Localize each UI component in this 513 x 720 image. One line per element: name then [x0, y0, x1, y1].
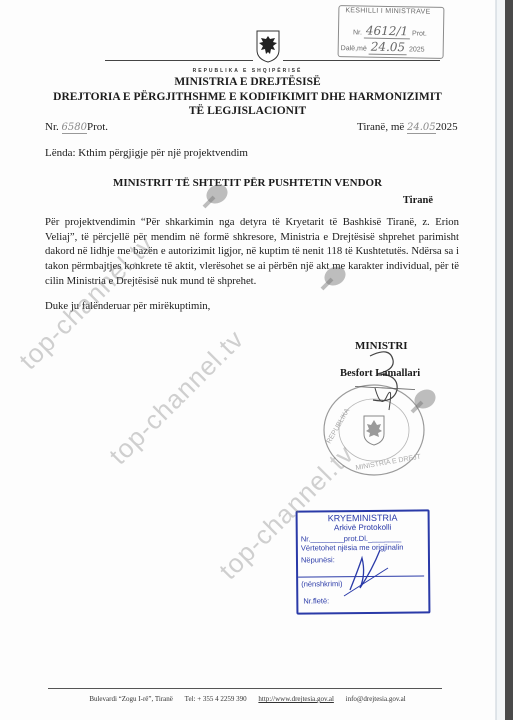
footer-phone: Tel: + 355 4 2259 390 [185, 695, 247, 703]
document-date: Tiranë, më 24.052025 [357, 121, 458, 133]
archive-signature-icon [340, 540, 400, 600]
signatory-name: Besfort Lamallari [340, 368, 420, 379]
footer-divider [48, 688, 442, 689]
archive-stamp-line7: Nr.fletë: [303, 596, 329, 605]
registry-date-value: 24.05 [369, 40, 408, 56]
protocol-nr-label: Nr. [45, 121, 59, 133]
registry-nr-label: Nr. [353, 29, 362, 36]
watermark-logo-icon [200, 183, 230, 209]
footer-website-link[interactable]: http://www.drejtesia.gov.al [258, 695, 334, 703]
footer: Bulevardi “Zogu I-rë”, Tiranë Tel: + 355… [0, 695, 495, 703]
date-prefix: Tiranë, më [357, 121, 404, 133]
footer-email[interactable]: info@drejtesia.gov.al [346, 695, 406, 703]
footer-address: Bulevardi “Zogu I-rë”, Tiranë [89, 695, 173, 703]
registry-stamp: KESHILLI I MINISTRAVE Nr. 4612/1 Prot. D… [338, 5, 445, 59]
protocol-number: Nr. 6580Prot. [45, 121, 108, 133]
watermark-logo-icon [408, 388, 438, 414]
document-page: KESHILLI I MINISTRAVE Nr. 4612/1 Prot. D… [0, 0, 496, 720]
archive-stamp-line2: Arkivë Protokolli [298, 522, 428, 532]
window-edge [505, 0, 513, 720]
recipient-title: MINISTRIT TË SHTETIT PËR PUSHTETIN VENDO… [0, 177, 495, 189]
archive-stamp-line6: (nënshkrimi) [301, 579, 342, 588]
protocol-nr-value: 6580 [62, 122, 87, 134]
directorate-title-line2: TË LEGJISLACIONIT [0, 105, 495, 117]
subject-line: Lënda: Kthim përgjigje për një projektve… [45, 147, 248, 159]
handwritten-signature-icon [355, 348, 415, 418]
ministry-title: MINISTRIA E DREJTËSISË [0, 76, 495, 88]
protocol-nr-suffix: Prot. [87, 121, 108, 133]
directorate-title-line1: DREJTORIA E PËRGJITHSHME E KODIFIKIMIT D… [0, 91, 495, 103]
registry-stamp-date: Dalë,më 24.05 2025 [341, 39, 425, 54]
registry-nr-value: 4612/1 [364, 24, 410, 40]
svg-text:MINISTRIA E DREJT: MINISTRIA E DREJT [355, 453, 422, 472]
watermark-text: top-channel.tv [103, 324, 250, 471]
archive-stamp-line5: Nëpunësi: [301, 555, 335, 564]
albanian-eagle-emblem-icon [255, 30, 281, 63]
registry-stamp-title: KESHILLI I MINISTRAVE [345, 7, 430, 15]
date-year: 2025 [436, 121, 458, 133]
watermark-logo-icon [318, 265, 348, 291]
registry-nr-suffix: Prot. [412, 30, 427, 37]
recipient-city: Tiranë [403, 195, 433, 206]
registry-year: 2025 [409, 46, 425, 53]
registry-stamp-number: Nr. 4612/1 Prot. [353, 23, 427, 38]
date-handwritten: 24.05 [407, 122, 436, 134]
republic-label: REPUBLIKA E SHQIPËRISË [0, 68, 495, 74]
registry-date-label: Dalë,më [341, 45, 367, 52]
